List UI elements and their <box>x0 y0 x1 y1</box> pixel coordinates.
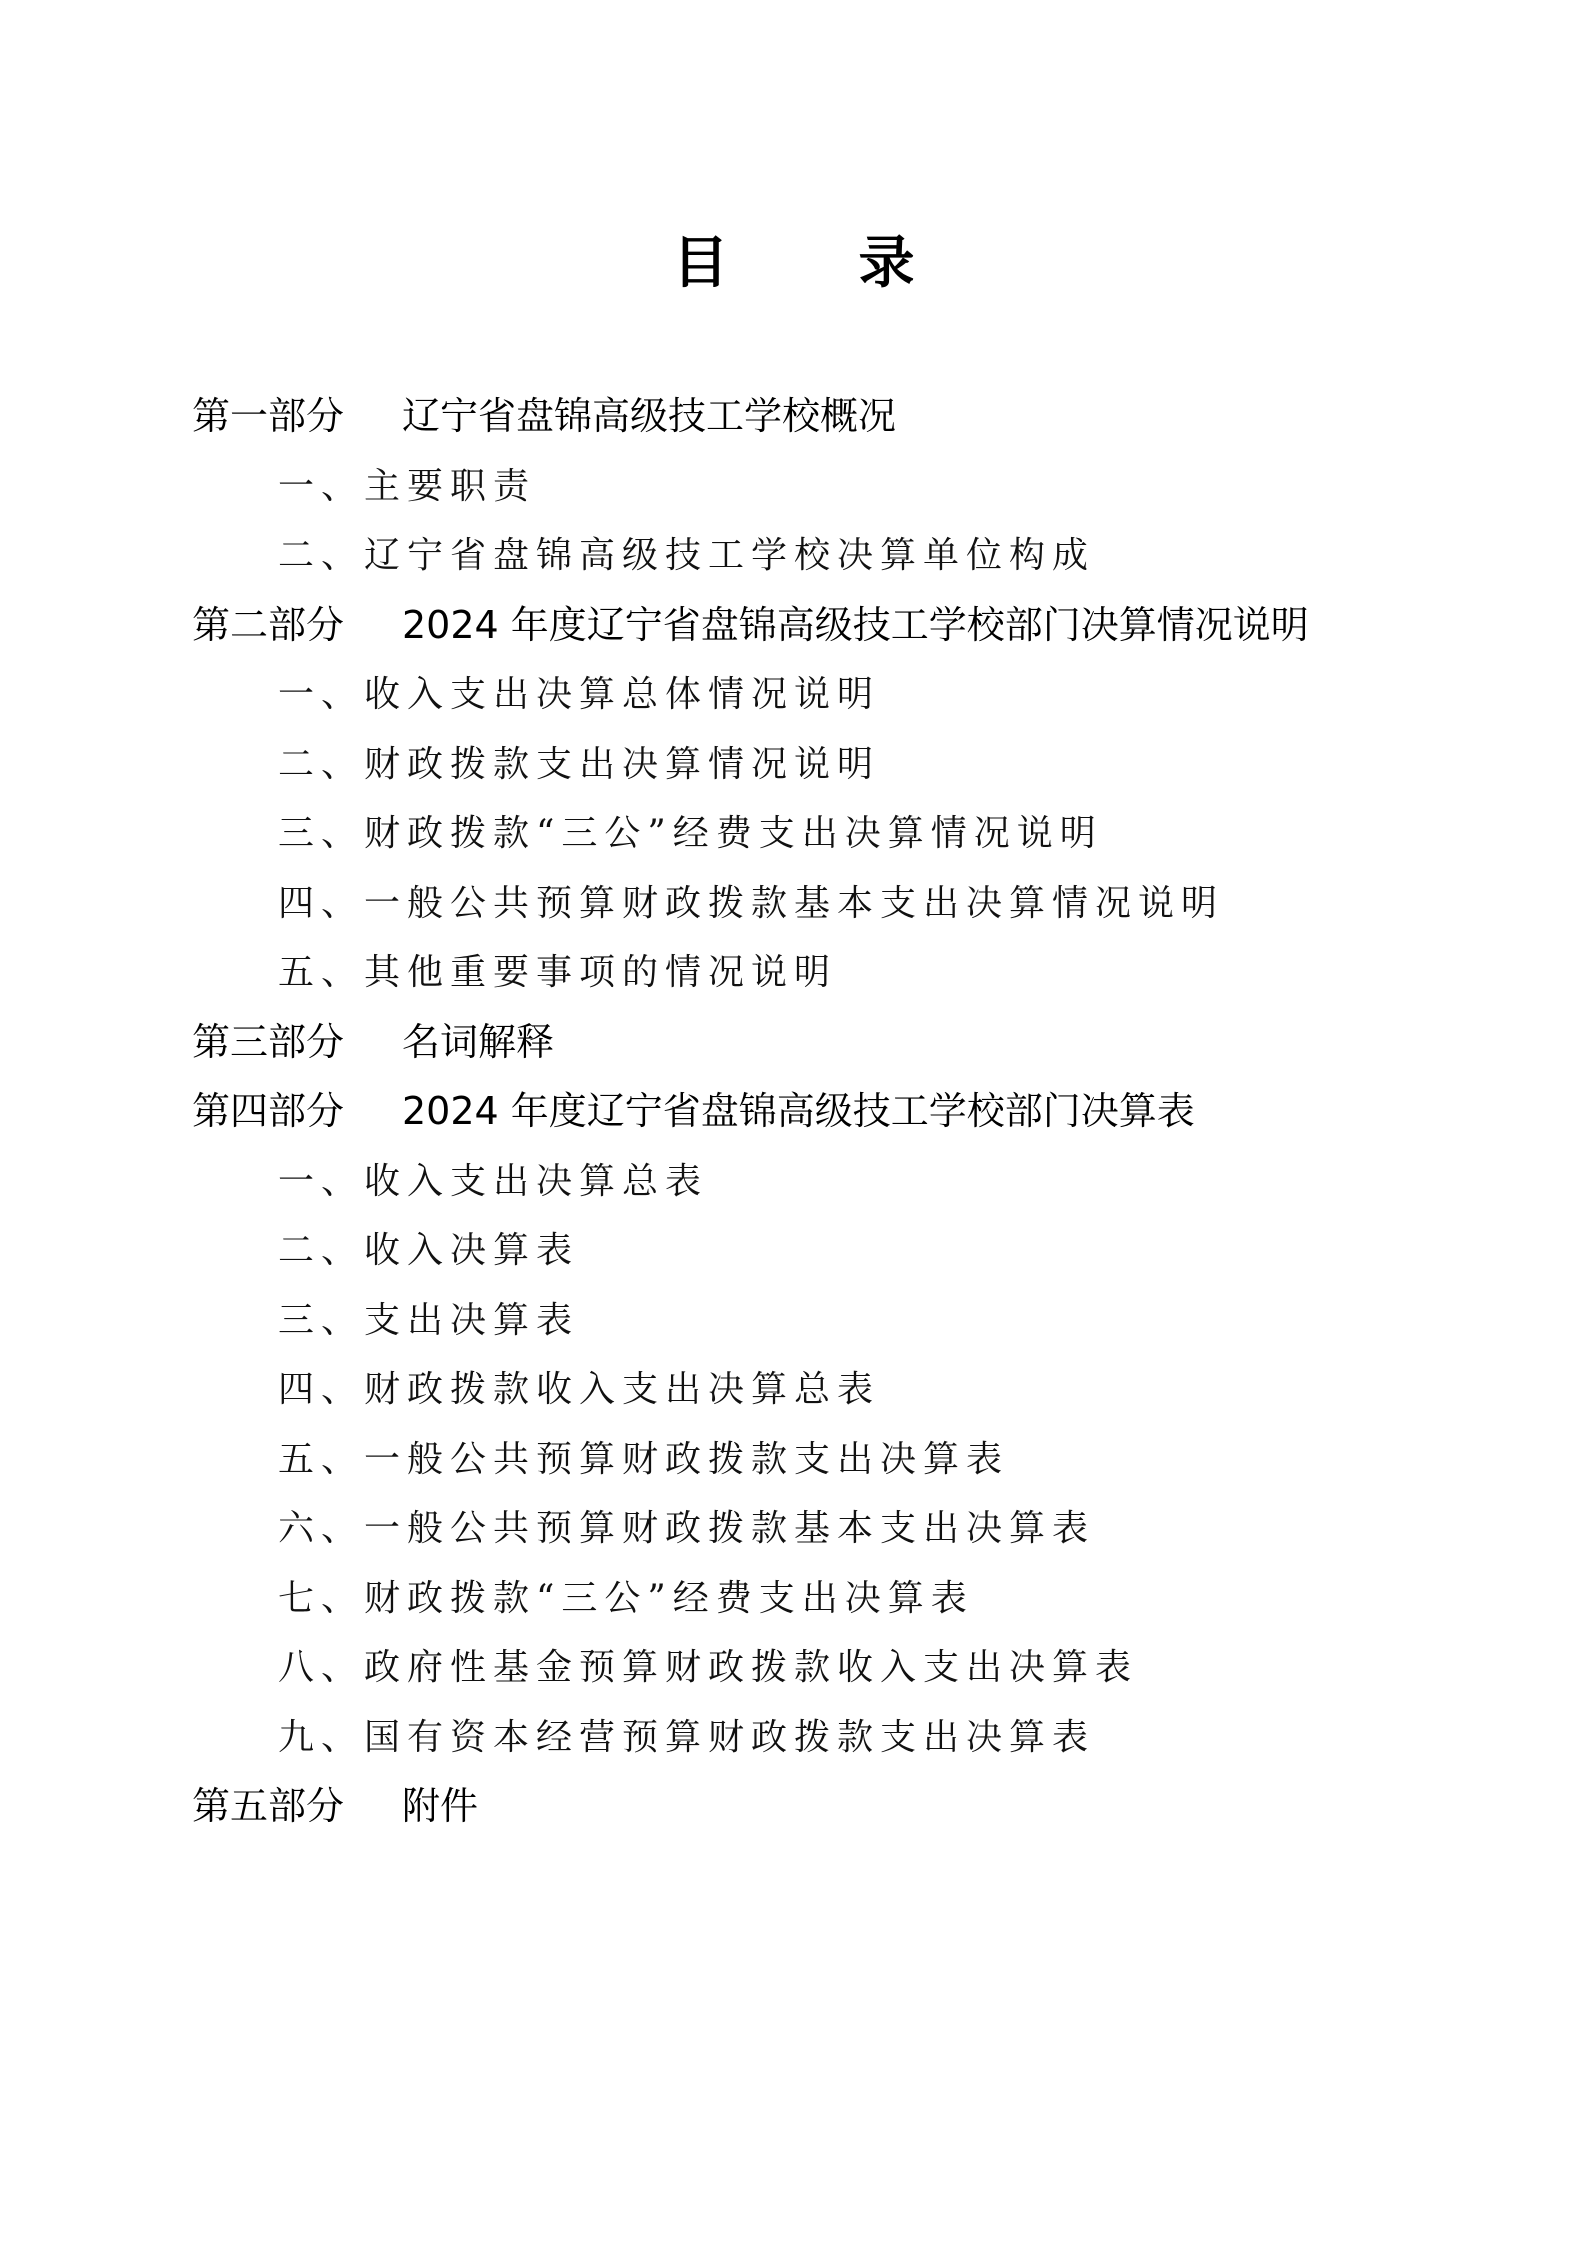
item-title: 八、政府性基金预算财政拨款收入支出决算表 <box>278 1647 1138 1688</box>
item-title: 四、一般公共预算财政拨款基本支出决算情况说明 <box>278 883 1224 924</box>
item-title: 七、财政拨款“三公”经费支出决算表 <box>278 1578 974 1619</box>
item-title: 一、收入支出决算总表 <box>278 1161 708 1202</box>
toc-title: 目录 <box>0 228 1587 298</box>
toc-item[interactable]: 八、政府性基金预算财政拨款收入支出决算表 <box>192 1633 1442 1703</box>
item-title: 六、一般公共预算财政拨款基本支出决算表 <box>278 1508 1095 1549</box>
item-title: 一、收入支出决算总体情况说明 <box>278 674 880 715</box>
part-label: 第五部分 <box>192 1772 402 1842</box>
toc-item[interactable]: 二、辽宁省盘锦高级技工学校决算单位构成 <box>192 521 1442 591</box>
toc-item[interactable]: 一、收入支出决算总体情况说明 <box>192 660 1442 730</box>
part-title: 辽宁省盘锦高级技工学校概况 <box>402 394 896 438</box>
toc-item[interactable]: 六、一般公共预算财政拨款基本支出决算表 <box>192 1494 1442 1564</box>
toc-item[interactable]: 九、国有资本经营预算财政拨款支出决算表 <box>192 1703 1442 1773</box>
toc-title-char-1: 目 <box>673 228 729 298</box>
item-title: 四、财政拨款收入支出决算总表 <box>278 1369 880 1410</box>
toc-item[interactable]: 三、支出决算表 <box>192 1286 1442 1356</box>
toc-part-5[interactable]: 第五部分附件 <box>192 1772 1442 1842</box>
part-label: 第二部分 <box>192 591 402 661</box>
toc-item[interactable]: 七、财政拨款“三公”经费支出决算表 <box>192 1564 1442 1634</box>
toc-part-2[interactable]: 第二部分2024 年度辽宁省盘锦高级技工学校部门决算情况说明 <box>192 591 1442 661</box>
toc-part-4[interactable]: 第四部分2024 年度辽宁省盘锦高级技工学校部门决算表 <box>192 1077 1442 1147</box>
toc-title-char-2: 录 <box>859 228 915 298</box>
part-title: 附件 <box>402 1784 478 1828</box>
toc-part-3[interactable]: 第三部分名词解释 <box>192 1008 1442 1078</box>
item-title: 三、财政拨款“三公”经费支出决算情况说明 <box>278 813 1103 854</box>
item-title: 三、支出决算表 <box>278 1300 579 1341</box>
toc-item[interactable]: 三、财政拨款“三公”经费支出决算情况说明 <box>192 799 1442 869</box>
table-of-contents: 第一部分辽宁省盘锦高级技工学校概况 一、主要职责 二、辽宁省盘锦高级技工学校决算… <box>192 382 1442 1842</box>
item-title: 一、主要职责 <box>278 466 536 507</box>
item-title: 二、财政拨款支出决算情况说明 <box>278 744 880 785</box>
toc-item[interactable]: 四、一般公共预算财政拨款基本支出决算情况说明 <box>192 869 1442 939</box>
part-title: 2024 年度辽宁省盘锦高级技工学校部门决算表 <box>402 1089 1195 1133</box>
toc-item[interactable]: 五、一般公共预算财政拨款支出决算表 <box>192 1425 1442 1495</box>
item-title: 九、国有资本经营预算财政拨款支出决算表 <box>278 1717 1095 1758</box>
part-title: 名词解释 <box>402 1020 554 1064</box>
toc-item[interactable]: 二、财政拨款支出决算情况说明 <box>192 730 1442 800</box>
item-title: 二、辽宁省盘锦高级技工学校决算单位构成 <box>278 535 1095 576</box>
item-title: 二、收入决算表 <box>278 1230 579 1271</box>
toc-item[interactable]: 五、其他重要事项的情况说明 <box>192 938 1442 1008</box>
toc-item[interactable]: 二、收入决算表 <box>192 1216 1442 1286</box>
part-label: 第一部分 <box>192 382 402 452</box>
toc-item[interactable]: 一、主要职责 <box>192 452 1442 522</box>
part-label: 第三部分 <box>192 1008 402 1078</box>
document-page: 目录 第一部分辽宁省盘锦高级技工学校概况 一、主要职责 二、辽宁省盘锦高级技工学… <box>0 0 1587 2245</box>
item-title: 五、一般公共预算财政拨款支出决算表 <box>278 1439 1009 1480</box>
toc-item[interactable]: 四、财政拨款收入支出决算总表 <box>192 1355 1442 1425</box>
part-label: 第四部分 <box>192 1077 402 1147</box>
toc-item[interactable]: 一、收入支出决算总表 <box>192 1147 1442 1217</box>
part-title: 2024 年度辽宁省盘锦高级技工学校部门决算情况说明 <box>402 603 1309 647</box>
item-title: 五、其他重要事项的情况说明 <box>278 952 837 993</box>
toc-part-1[interactable]: 第一部分辽宁省盘锦高级技工学校概况 <box>192 382 1442 452</box>
